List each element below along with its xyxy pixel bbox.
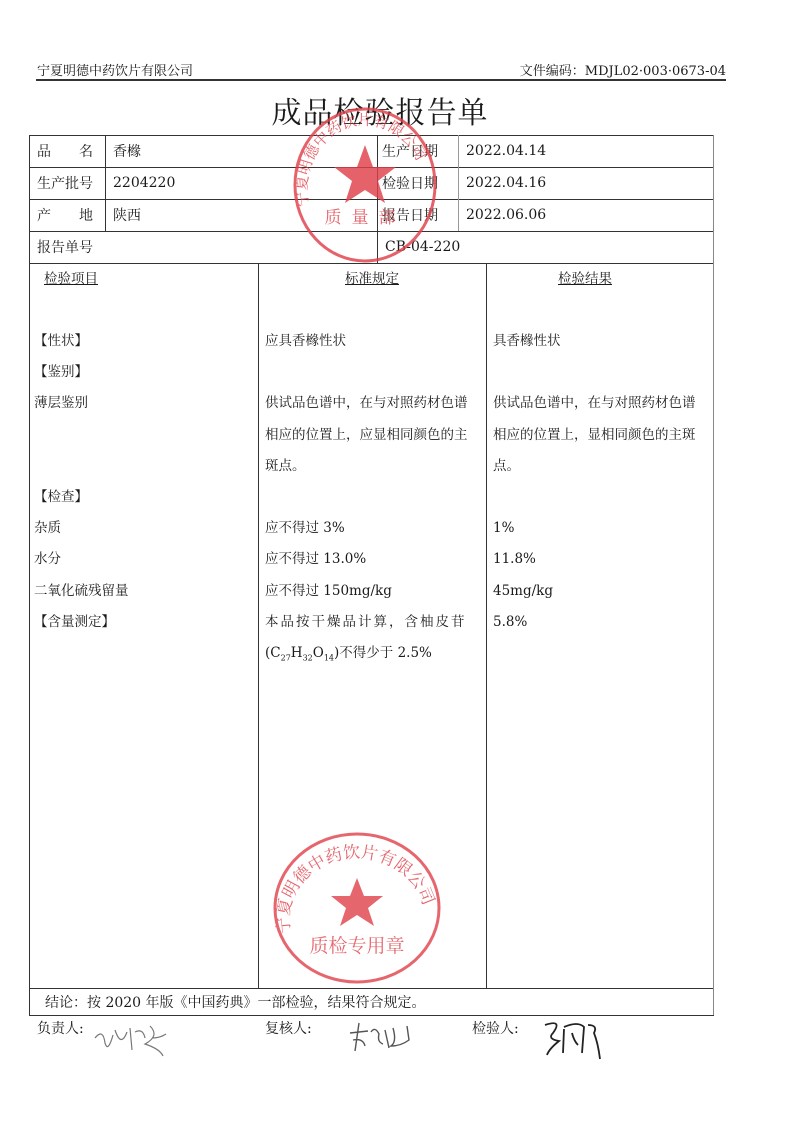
col-header-result: 检验结果 — [486, 264, 684, 295]
product-name-label: 品 名 — [29, 135, 105, 167]
item-appearance: 【性状】 — [34, 326, 129, 357]
inspector-label: 检验人: — [472, 1018, 519, 1038]
item-inspection: 【检查】 — [34, 482, 129, 513]
quality-dept-seal: 宁夏明德中药饮片有限公司 质量部 — [290, 105, 440, 265]
header-rule — [36, 79, 726, 81]
reviewer-label: 复核人: — [265, 1018, 312, 1038]
responsible-signature — [90, 1018, 180, 1063]
item-impurity: 杂质 — [34, 513, 129, 544]
std-so2: 应不得过 150mg/kg — [265, 576, 483, 607]
report-date-value: 2022.06.06 — [458, 199, 713, 231]
svg-text:质量部: 质量部 — [325, 208, 406, 228]
prod-date-value: 2022.04.14 — [458, 135, 713, 167]
item-identification: 【鉴别】 — [34, 357, 129, 388]
responsible-label: 负责人: — [37, 1018, 84, 1038]
standard-column: 应具香橼性状 供试品色谱中，在与对照药材色谱 相应的位置上，应显相同颜色的主 斑… — [265, 326, 483, 674]
std-moisture: 应不得过 13.0% — [265, 544, 483, 575]
res-tlc-1: 供试品色谱中，在与对照药材色谱 — [493, 388, 711, 419]
std-tlc-2: 相应的位置上，应显相同颜色的主 — [265, 420, 483, 451]
document-code: 文件编码：MDJL02·003·0673-04 — [520, 60, 726, 79]
std-tlc-1: 供试品色谱中，在与对照药材色谱 — [265, 388, 483, 419]
inspect-date-value: 2022.04.16 — [458, 167, 713, 199]
item-assay: 【含量测定】 — [34, 607, 129, 638]
result-column: 具香橼性状 供试品色谱中，在与对照药材色谱 相应的位置上，显相同颜色的主斑 点。… — [493, 326, 711, 638]
conclusion: 结论：按 2020 年版《中国药典》一部检验，结果符合规定。 — [29, 989, 713, 1015]
std-tlc-3: 斑点。 — [265, 451, 483, 482]
std-appearance: 应具香橼性状 — [265, 326, 483, 357]
company-name: 宁夏明德中药饮片有限公司 — [37, 60, 193, 79]
col-header-item: 检验项目 — [44, 264, 98, 295]
item-so2: 二氧化硫残留量 — [34, 576, 129, 607]
res-tlc-2: 相应的位置上，显相同颜色的主斑 — [493, 420, 711, 451]
qc-special-seal: 宁夏明德中药饮片有限公司 质检专用章 — [270, 828, 445, 988]
res-impurity: 1% — [493, 513, 711, 544]
items-column: 【性状】 【鉴别】 薄层鉴别 【检查】 杂质 水分 二氧化硫残留量 【含量测定】 — [34, 326, 129, 638]
std-assay-1: 本品按干燥品计算，含柚皮苷 — [265, 607, 483, 638]
batch-label: 生产批号 — [29, 167, 105, 199]
origin-label: 产 地 — [29, 199, 105, 231]
item-moisture: 水分 — [34, 544, 129, 575]
res-tlc-3: 点。 — [493, 451, 711, 482]
std-impurity: 应不得过 3% — [265, 513, 483, 544]
col-header-standard: 标准规定 — [258, 264, 486, 295]
reviewer-signature — [345, 1018, 415, 1063]
res-so2: 45mg/kg — [493, 576, 711, 607]
inspector-signature — [540, 1015, 620, 1060]
res-assay: 5.8% — [493, 607, 711, 638]
res-appearance: 具香橼性状 — [493, 326, 711, 357]
res-moisture: 11.8% — [493, 544, 711, 575]
doc-code-value: MDJL02·003·0673-04 — [585, 64, 726, 79]
std-assay-2: (C27H32O14)不得少于 2.5% — [265, 638, 483, 674]
svg-text:质检专用章: 质检专用章 — [309, 935, 404, 957]
doc-code-label: 文件编码： — [520, 64, 585, 79]
item-tlc: 薄层鉴别 — [34, 388, 129, 419]
